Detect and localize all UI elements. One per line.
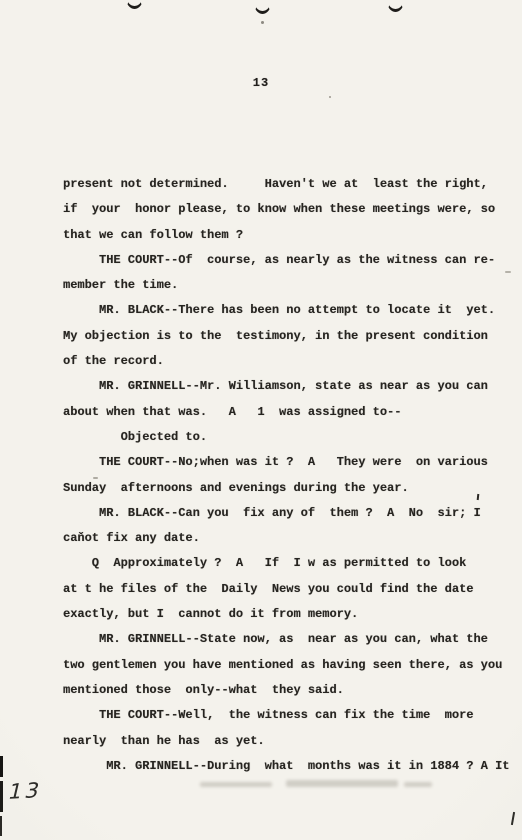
transcript-line: Q Approximately ? A If I w as permitted … <box>63 551 513 576</box>
pen-stroke-mark <box>254 2 271 14</box>
transcript-line: exactly, but I cannot do it from memory. <box>63 602 513 627</box>
transcript-line: MR. GRINNELL--Mr. Williamson, state as n… <box>63 374 513 399</box>
transcript-line: Sunday afternoons and evenings during th… <box>63 476 513 501</box>
transcript-line: if your honor please, to know when these… <box>63 197 513 222</box>
transcript-line: MR. BLACK--There has been no attempt to … <box>63 298 513 323</box>
faded-text-smudge <box>286 780 398 787</box>
transcript-line: caňot fix any date. <box>63 526 513 551</box>
transcript-line: Objected to. <box>63 425 513 450</box>
transcript-line: My objection is to the testimony, in the… <box>63 324 513 349</box>
ink-speck <box>329 96 331 98</box>
transcript-line: nearly than he has as yet. <box>63 729 513 754</box>
transcript-line: of the record. <box>63 349 513 374</box>
transcript-line: mentioned those only--what they said. <box>63 678 513 703</box>
scan-edge-artifact <box>0 756 3 777</box>
transcript-line: about when that was. A 1 was assigned to… <box>63 400 513 425</box>
transcript-line: MR. GRINNELL--During what months was it … <box>63 754 513 779</box>
scan-edge-artifact <box>0 781 3 812</box>
transcript-line: MR. GRINNELL--State now, as near as you … <box>63 627 513 652</box>
faded-text-smudge <box>404 782 432 787</box>
transcript-line: member the time. <box>63 273 513 298</box>
ink-speck <box>261 21 264 24</box>
page-number: 13 <box>0 76 522 90</box>
handwritten-page-number: 13 <box>6 778 45 804</box>
faded-text-smudge <box>200 782 272 787</box>
transcript-line: that we can follow them ? <box>63 223 513 248</box>
pen-stroke-mark <box>126 0 143 9</box>
scan-edge-artifact <box>511 812 515 825</box>
transcript-line: MR. BLACK--Can you fix any of them ? A N… <box>63 501 513 526</box>
transcript-line: two gentlemen you have mentioned as havi… <box>63 653 513 678</box>
transcript-line: THE COURT--Of course, as nearly as the w… <box>63 248 513 273</box>
scanned-transcript-page: 13 present not determined. Haven't we at… <box>0 0 522 840</box>
scan-edge-artifact <box>0 816 2 836</box>
transcript-line: THE COURT--Well, the witness can fix the… <box>63 703 513 728</box>
transcript-line: present not determined. Haven't we at le… <box>63 172 513 197</box>
transcript-text: present not determined. Haven't we at le… <box>63 172 513 779</box>
transcript-line: THE COURT--No;when was it ? A They were … <box>63 450 513 475</box>
transcript-line: at t he files of the Daily News you coul… <box>63 577 513 602</box>
pen-stroke-mark <box>387 0 404 12</box>
